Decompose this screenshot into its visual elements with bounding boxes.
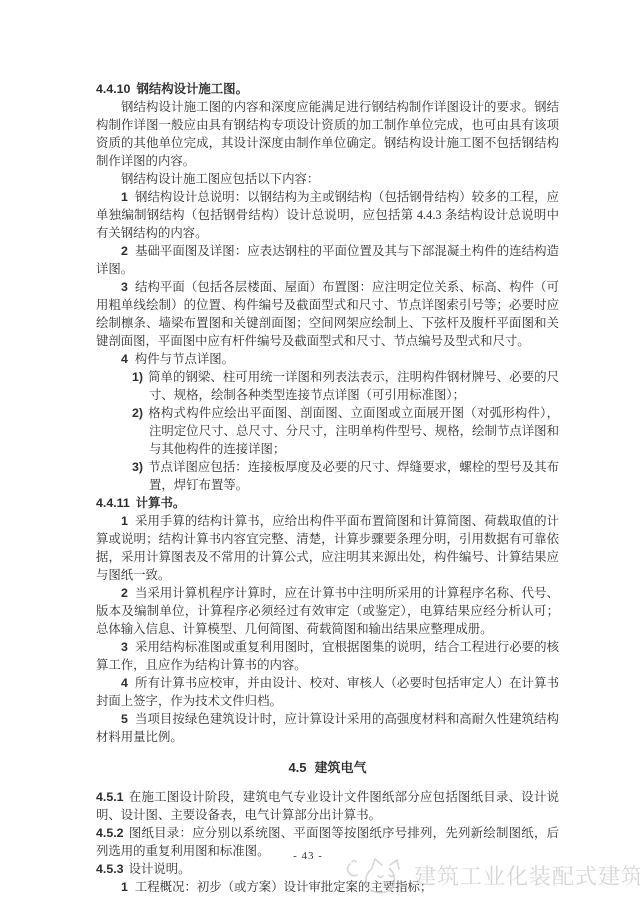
watermark: 建筑工业化装配式建筑网 [344,856,640,898]
document-body: 4.4.10钢结构设计施工图。钢结构设计施工图的内容和深度应能满足进行钢结构制作… [96,80,559,896]
clause-heading: 4.4.10钢结构设计施工图。 [96,80,559,98]
numbered-item: 2基础平面图及详图：应表达钢柱的平面位置及其与下部混凝土构件的连结构造详图。 [96,242,559,278]
paragraph-text: 构件与节点详图。 [135,352,234,366]
section-heading: 4.5建筑电气 [96,759,559,777]
paragraph-text: 格构式构件应绘出平面图、剖面图、立面图或立面展开图（对弧形构件），注明定位尺寸、… [148,406,559,456]
clause-heading: 4.4.11计算书。 [96,494,559,512]
numbered-item: 5当项目按绿色建筑设计时，应计算设计采用的高强度材料和高耐久性建筑结构材料用量比… [96,710,559,746]
paragraph: 钢结构设计施工图的内容和深度应能满足进行钢结构制作详图设计的要求。钢结构制作详图… [96,98,559,170]
numbered-subitem: 3)节点详图应包括：连接板厚度及必要的尺寸、焊缝要求，螺栓的型号及其布置，焊钉布… [96,458,559,494]
paragraph-text: 采用手算的结构计算书，应给出构件平面布置简图和计算简图、荷载取值的计算或说明；结… [96,514,559,582]
numbered-item: 4构件与节点详图。 [96,350,559,368]
paragraph-text: 钢结构设计施工图应包括以下内容： [121,172,319,186]
clause-number: 4.4.11 [96,496,130,510]
paragraph-text: 所有计算书应校审，并由设计、校对、审核人（必要时包括审定人）在计算书封面上签字，… [96,676,559,708]
cat-face-icon [344,856,410,898]
clause-paragraph: 4.5.1在施工图设计阶段，建筑电气专业设计文件图纸部分应包括图纸目录、设计说明… [96,788,559,824]
item-number: 2 [121,244,128,258]
clause-number: 4.5.1 [96,790,124,804]
numbered-subitem: 1)简单的钢梁、柱可用统一详图和列表法表示，注明构件钢材牌号、必要的尺寸、规格，… [96,368,559,404]
paragraph-text: 钢结构设计施工图的内容和深度应能满足进行钢结构制作详图设计的要求。钢结构制作详图… [96,100,559,168]
item-number: 3 [121,640,128,654]
paragraph-text: 设计说明。 [129,862,191,876]
clause-number: 4.5 [288,760,306,775]
paragraph-text: 建筑电气 [315,760,367,775]
numbered-item: 2当采用计算机程序计算时，应在计算书中注明所采用的计算程序名称、代号、版本及编制… [96,584,559,638]
paragraph-text: 在施工图设计阶段，建筑电气专业设计文件图纸部分应包括图纸目录、设计说明、设计图、… [96,790,559,822]
document-page: 4.4.10钢结构设计施工图。钢结构设计施工图的内容和深度应能满足进行钢结构制作… [0,0,640,905]
paragraph-text: 采用结构标准图或重复利用图时，宜根据图集的说明，结合工程进行必要的核算工作，且应… [96,640,559,672]
item-number: 2 [121,586,128,600]
clause-number: 4.4.10 [96,82,130,96]
item-number: 2) [132,406,143,420]
numbered-item: 3采用结构标准图或重复利用图时，宜根据图集的说明，结合工程进行必要的核算工作，且… [96,638,559,674]
item-number: 1 [121,190,128,204]
item-number: 5 [121,712,128,726]
item-number: 4 [121,352,128,366]
item-number: 4 [121,676,128,690]
item-number: 3) [132,460,143,474]
paragraph-text: 当项目按绿色建筑设计时，应计算设计采用的高强度材料和高耐久性建筑结构材料用量比例… [96,712,559,744]
numbered-item: 4所有计算书应校审，并由设计、校对、审核人（必要时包括审定人）在计算书封面上签字… [96,674,559,710]
paragraph-text: 结构平面（包括各层楼面、屋面）布置图：应注明定位关系、标高、构件（可用粗单线绘制… [96,280,559,348]
paragraph: 钢结构设计施工图应包括以下内容： [96,170,559,188]
clause-number: 4.5.3 [96,862,124,876]
numbered-item: 1采用手算的结构计算书，应给出构件平面布置简图和计算简图、荷载取值的计算或说明；… [96,512,559,584]
paragraph-text: 基础平面图及详图：应表达钢柱的平面位置及其与下部混凝土构件的连结构造详图。 [96,244,559,276]
paragraph-text: 钢结构设计总说明：以钢结构为主或钢结构（包括钢骨结构）较多的工程，应单独编制钢结… [96,190,559,240]
watermark-text: 建筑工业化装配式建筑网 [414,857,640,897]
numbered-subitem: 2)格构式构件应绘出平面图、剖面图、立面图或立面展开图（对弧形构件），注明定位尺… [96,404,559,458]
item-number: 3 [121,280,128,294]
item-number: 1 [121,880,128,894]
clause-number: 4.5.2 [96,826,124,840]
paragraph-text: 计算书。 [136,496,186,510]
paragraph-text: 节点详图应包括：连接板厚度及必要的尺寸、焊缝要求，螺栓的型号及其布置，焊钉布置等… [148,460,559,492]
numbered-item: 3结构平面（包括各层楼面、屋面）布置图：应注明定位关系、标高、构件（可用粗单线绘… [96,278,559,350]
paragraph-text: 钢结构设计施工图。 [136,82,248,96]
numbered-item: 1钢结构设计总说明：以钢结构为主或钢结构（包括钢骨结构）较多的工程，应单独编制钢… [96,188,559,242]
paragraph-text: 简单的钢梁、柱可用统一详图和列表法表示，注明构件钢材牌号、必要的尺寸、规格，绘制… [148,370,559,402]
item-number: 1) [132,370,143,384]
paragraph-text: 当采用计算机程序计算时，应在计算书中注明所采用的计算程序名称、代号、版本及编制单… [96,586,559,636]
item-number: 1 [121,514,128,528]
